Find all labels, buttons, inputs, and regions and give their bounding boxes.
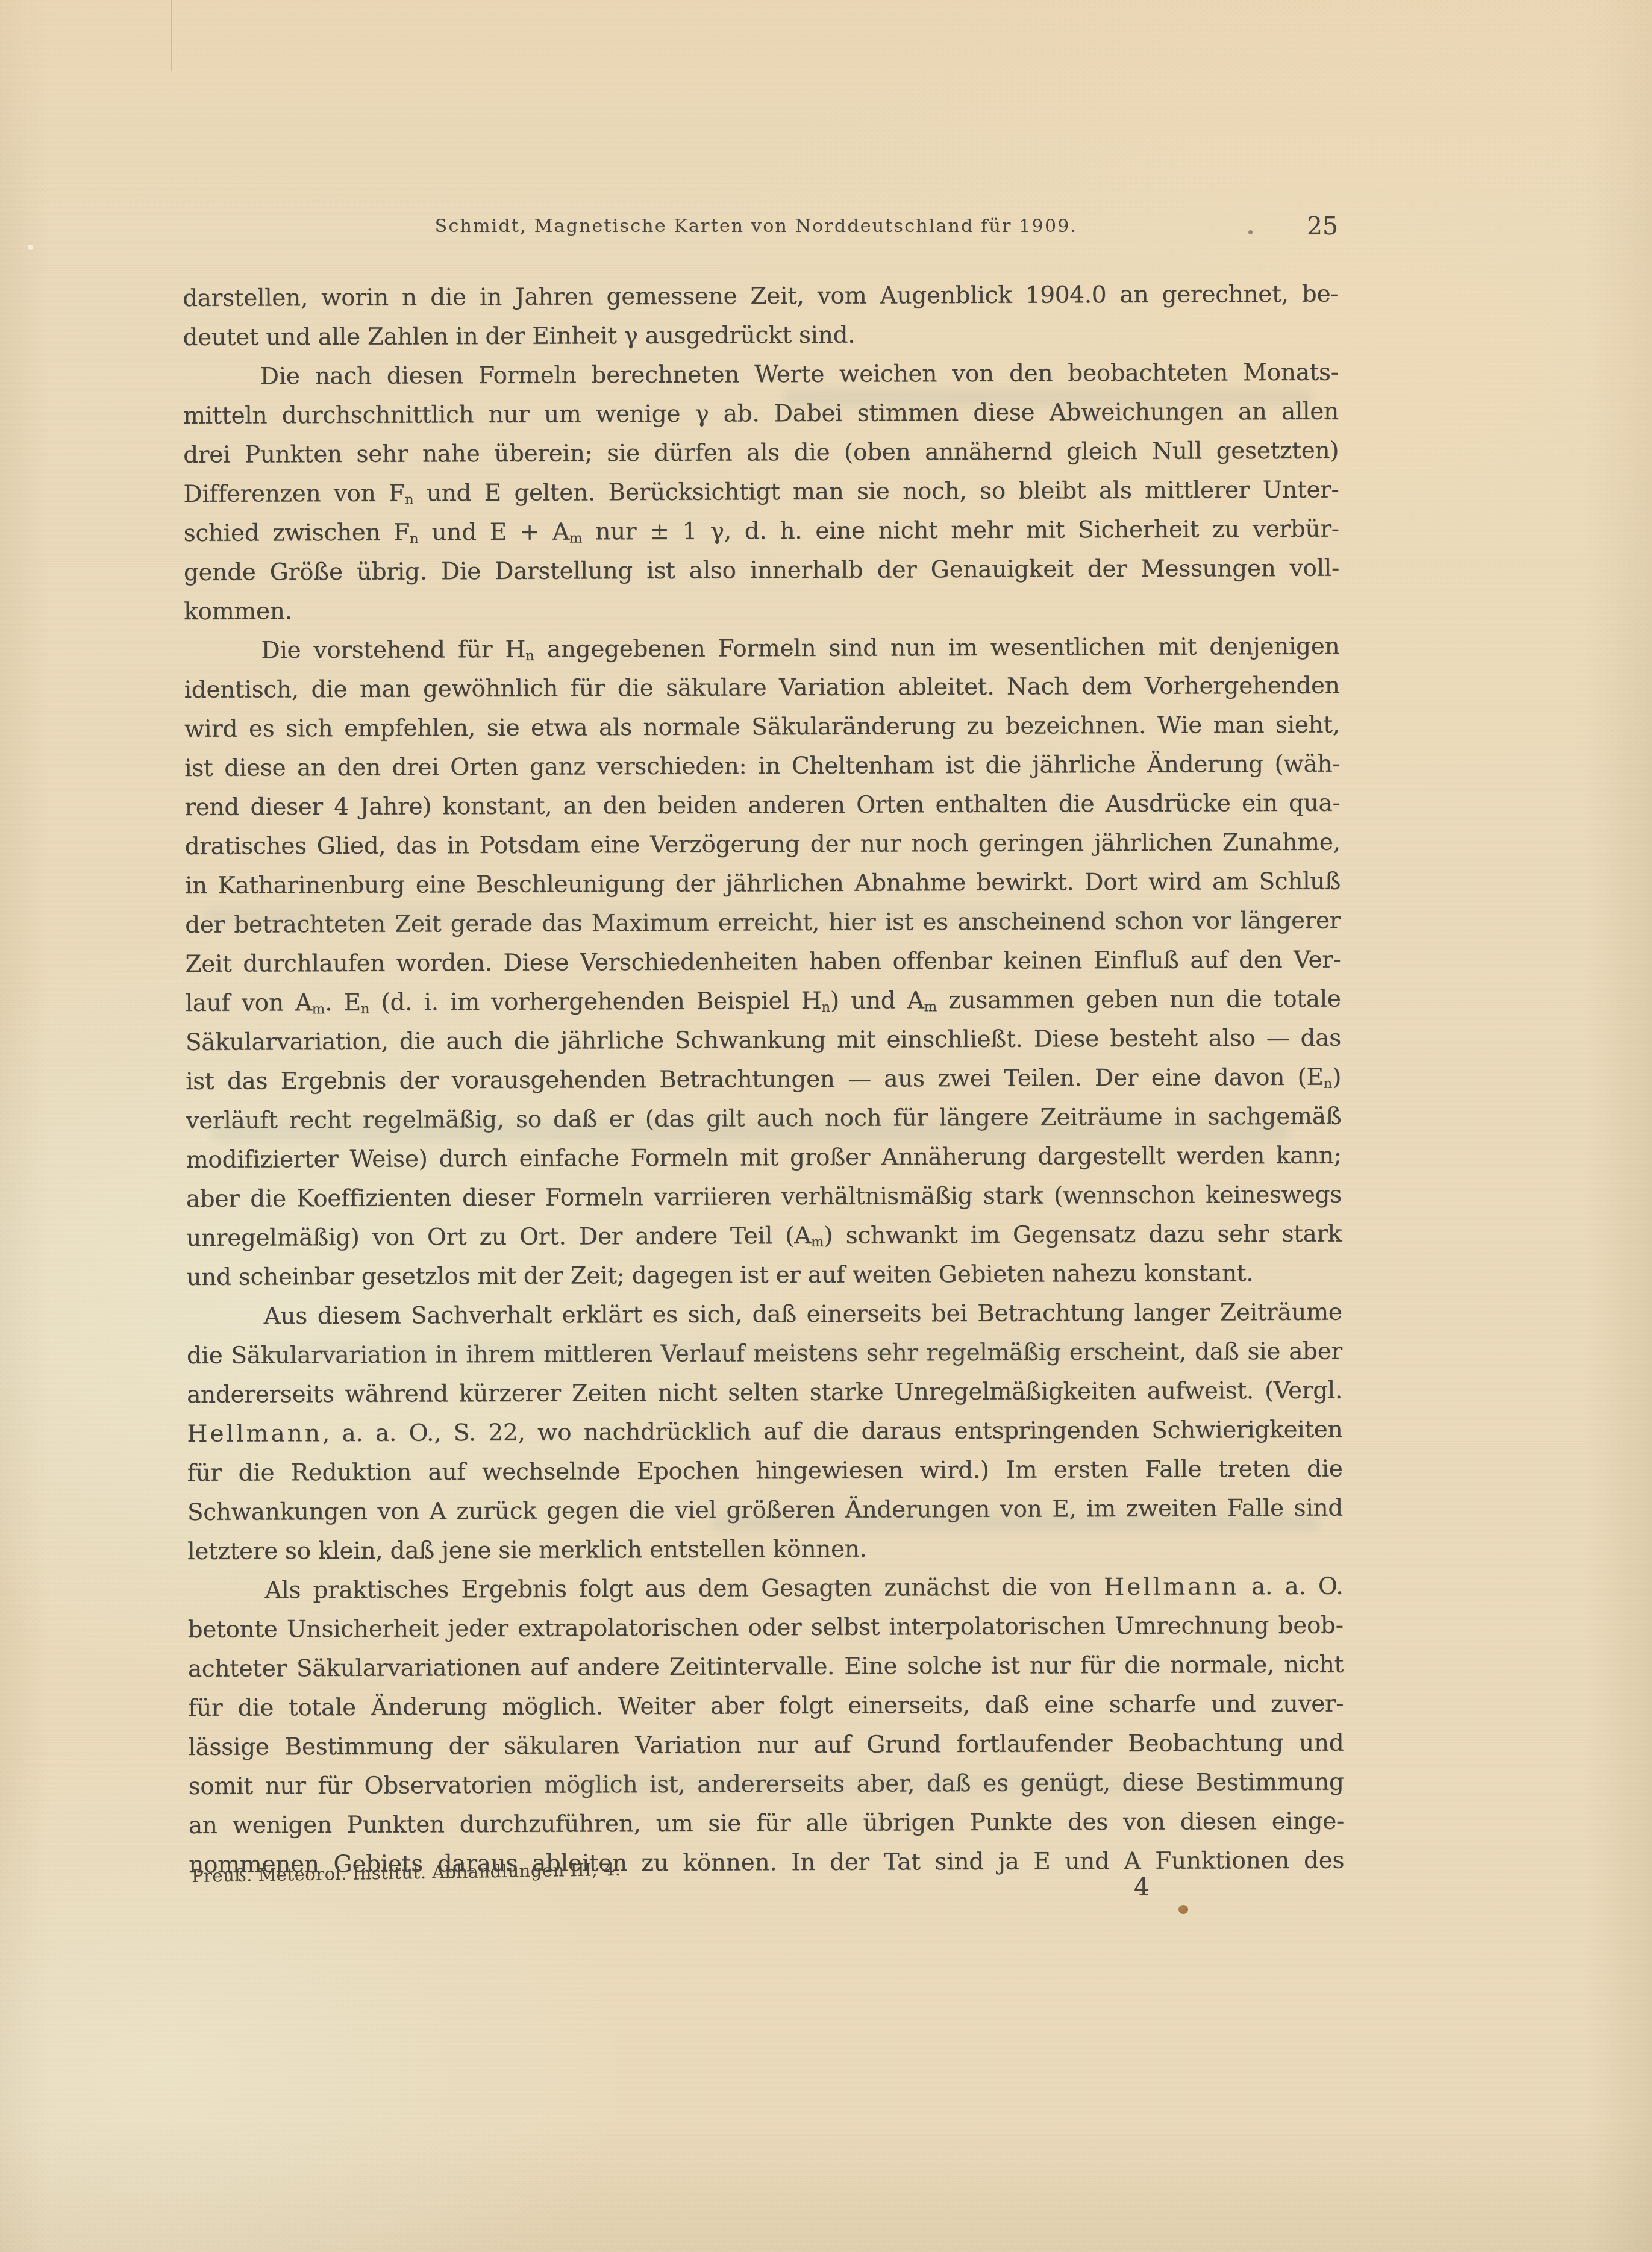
text-line: dratisches Glied, das in Potsdam eine Ve… xyxy=(184,823,1340,866)
text-line: und scheinbar gesetzlos mit der Zeit; da… xyxy=(186,1254,1342,1297)
text-line: lauf von Am. En (d. i. im vorhergehenden… xyxy=(185,980,1341,1023)
text-line: letztere so klein, daß jene sie merklich… xyxy=(187,1528,1343,1571)
signature-mark: 4 xyxy=(1134,1872,1150,1901)
text-line: modifizierter Weise) durch einfache Form… xyxy=(186,1136,1341,1180)
text-line: Als praktisches Ergebnis folgt aus dem G… xyxy=(187,1567,1343,1610)
text-line: Die vorstehend für Hn angegebenen Formel… xyxy=(184,627,1339,671)
text-line: gende Größe übrig. Die Darstellung ist a… xyxy=(184,549,1339,592)
paper-speck xyxy=(28,245,33,250)
text-line: schied zwischen Fn und E + Am nur ± 1 γ,… xyxy=(183,510,1339,553)
text-line: kommen. xyxy=(184,588,1339,631)
text-line: Zeit durchlaufen worden. Diese Verschied… xyxy=(185,940,1341,984)
text-line: Hellmann, a. a. O., S. 22, wo nachdrückl… xyxy=(187,1410,1342,1454)
body-text: darstellen, worin n die in Jahren gemess… xyxy=(183,275,1344,1884)
text-line: Säkularvariation, die auch die jährliche… xyxy=(186,1019,1341,1062)
paragraph: darstellen, worin n die in Jahren gemess… xyxy=(183,275,1338,357)
text-line: aber die Koeffizienten dieser Formeln va… xyxy=(186,1175,1342,1219)
paper-crease xyxy=(171,0,172,71)
paper-speck xyxy=(1178,1905,1188,1914)
text-line: der betrachteten Zeit gerade das Maximum… xyxy=(185,901,1341,945)
paragraph: Aus diesem Sachverhalt erklärt es sich, … xyxy=(186,1293,1343,1571)
text-line: Differenzen von Fn und E gelten. Berücks… xyxy=(183,471,1339,514)
text-line: unregelmäßig) von Ort zu Ort. Der andere… xyxy=(186,1215,1342,1258)
text-line: wird es sich empfehlen, sie etwa als nor… xyxy=(184,705,1340,749)
text-line: Die nach diesen Formeln berechneten Wert… xyxy=(183,353,1338,396)
text-line: an wenigen Punkten durchzuführen, um sie… xyxy=(189,1802,1344,1845)
running-title: Schmidt, Magnetische Karten von Norddeut… xyxy=(337,214,1175,239)
text-line: verläuft recht regelmäßig, so daß er (da… xyxy=(186,1097,1341,1140)
text-line: andererseits während kürzerer Zeiten nic… xyxy=(187,1371,1342,1415)
paragraph: Die nach diesen Formeln berechneten Wert… xyxy=(183,353,1339,631)
paragraph: Als praktisches Ergebnis folgt aus dem G… xyxy=(187,1567,1344,1884)
text-line: Aus diesem Sachverhalt erklärt es sich, … xyxy=(186,1293,1342,1336)
text-line: in Katharinenburg eine Beschleunigung de… xyxy=(185,862,1341,905)
scanned-page: Schmidt, Magnetische Karten von Norddeut… xyxy=(0,0,1652,2252)
text-line: für die Reduktion auf wechselnde Epochen… xyxy=(187,1450,1342,1493)
text-line: ist das Ergebnis der vorausgehenden Betr… xyxy=(186,1058,1341,1101)
paper-speck xyxy=(1248,230,1253,234)
text-line: die Säkularvariation in ihrem mittleren … xyxy=(187,1332,1342,1375)
text-line: rend dieser 4 Jahre) konstant, an den be… xyxy=(184,784,1340,827)
text-line: Schwankungen von A zurück gegen die viel… xyxy=(187,1489,1343,1532)
page-number: 25 xyxy=(1289,212,1356,240)
text-line: darstellen, worin n die in Jahren gemess… xyxy=(183,275,1338,318)
text-line: ist diese an den drei Orten ganz verschi… xyxy=(184,745,1340,788)
text-line: betonte Unsicherheit jeder extrapolatori… xyxy=(187,1606,1343,1650)
text-line: lässige Bestimmung der säkularen Variati… xyxy=(188,1724,1344,1767)
text-line: drei Punkten sehr nahe überein; sie dürf… xyxy=(183,431,1339,475)
text-line: somit nur für Observatorien möglich ist,… xyxy=(188,1763,1344,1806)
text-line: deutet und alle Zahlen in der Einheit γ … xyxy=(183,314,1338,357)
text-line: für die totale Änderung möglich. Weiter … xyxy=(188,1684,1344,1728)
text-line: identisch, die man gewöhnlich für die sä… xyxy=(184,666,1339,710)
paragraph: Die vorstehend für Hn angegebenen Formel… xyxy=(184,627,1342,1297)
text-line: achteter Säkularvariationen auf andere Z… xyxy=(188,1645,1344,1689)
text-line: mitteln durchschnittlich nur um wenige γ… xyxy=(183,392,1339,436)
